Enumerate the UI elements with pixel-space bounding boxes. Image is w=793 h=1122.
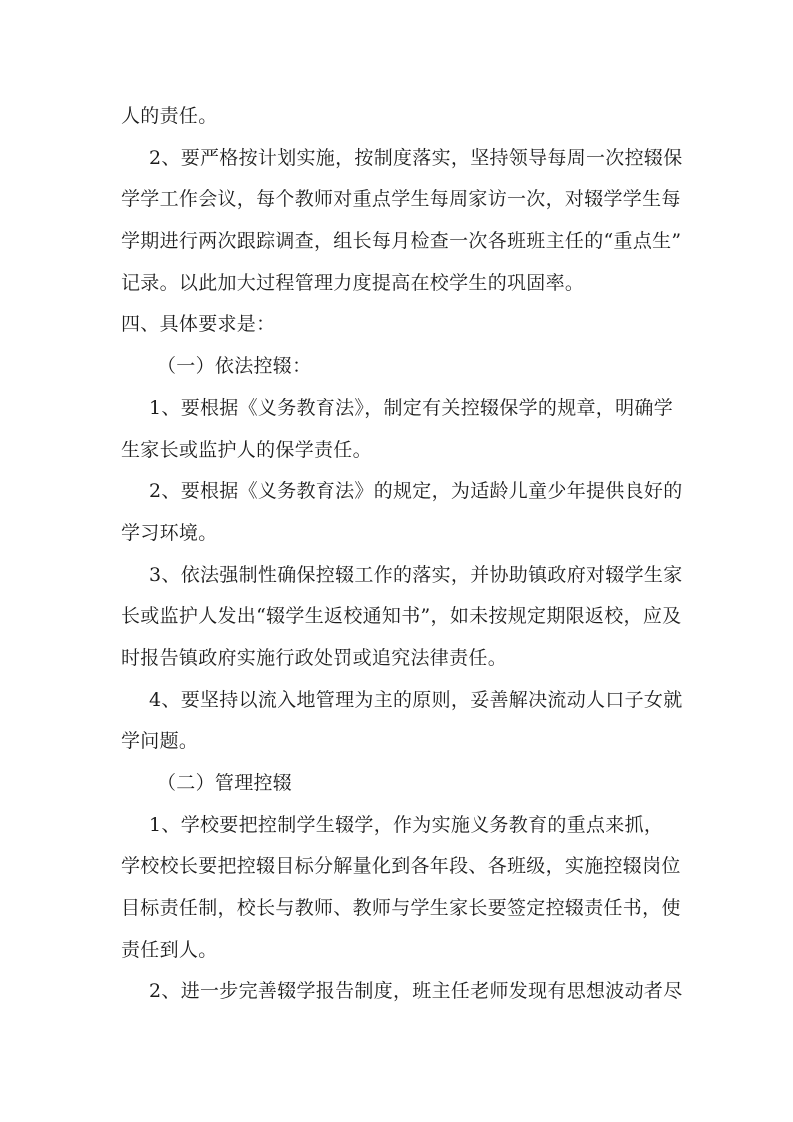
text-line: 记录。以此加大过程管理力度提高在校学生的巩固率。 — [121, 263, 701, 305]
text-line: 1、学校要把控制学生辍学，作为实施义务教育的重点来抓， — [121, 805, 701, 847]
text-line: 2、进一步完善辍学报告制度，班主任老师发现有思想波动者尽 — [121, 971, 701, 1013]
text-line: 生家长或监护人的保学责任。 — [121, 430, 701, 472]
text-line: 责任到人。 — [121, 930, 701, 972]
text-line: 1、要根据《义务教育法》，制定有关控辍保学的规章，明确学 — [121, 388, 701, 430]
document-body: 人的责任。 2、要严格按计划实施，按制度落实，坚持领导每周一次控辍保 学学工作会… — [121, 96, 701, 1013]
text-line: 学问题。 — [121, 721, 701, 763]
text-line: 四、具体要求是： — [121, 304, 701, 346]
text-line: 3、依法强制性确保控辍工作的落实，并协助镇政府对辍学生家 — [121, 555, 701, 597]
text-line: 2、要根据《义务教育法》的规定，为适龄儿童少年提供良好的 — [121, 471, 701, 513]
text-line: 学校校长要把控辍目标分解量化到各年段、各班级，实施控辍岗位 — [121, 846, 701, 888]
text-line: 学习环境。 — [121, 513, 701, 555]
document-page: 人的责任。 2、要严格按计划实施，按制度落实，坚持领导每周一次控辍保 学学工作会… — [0, 0, 793, 1122]
text-line: 学期进行两次跟踪调查，组长每月检查一次各班班主任的“重点生” — [121, 221, 701, 263]
text-line: 目标责任制，校长与教师、教师与学生家长要签定控辍责任书，使 — [121, 888, 701, 930]
text-line: 人的责任。 — [121, 96, 701, 138]
text-line: 时报告镇政府实施行政处罚或追究法律责任。 — [121, 638, 701, 680]
text-line: （二）管理控辍 — [121, 763, 701, 805]
text-line: 学学工作会议，每个教师对重点学生每周家访一次，对辍学学生每 — [121, 179, 701, 221]
text-line: 4、要坚持以流入地管理为主的原则，妥善解决流动人口子女就 — [121, 680, 701, 722]
text-line: （一）依法控辍： — [121, 346, 701, 388]
text-line: 2、要严格按计划实施，按制度落实，坚持领导每周一次控辍保 — [121, 138, 701, 180]
text-line: 长或监护人发出“辍学生返校通知书”，如未按规定期限返校，应及 — [121, 596, 701, 638]
